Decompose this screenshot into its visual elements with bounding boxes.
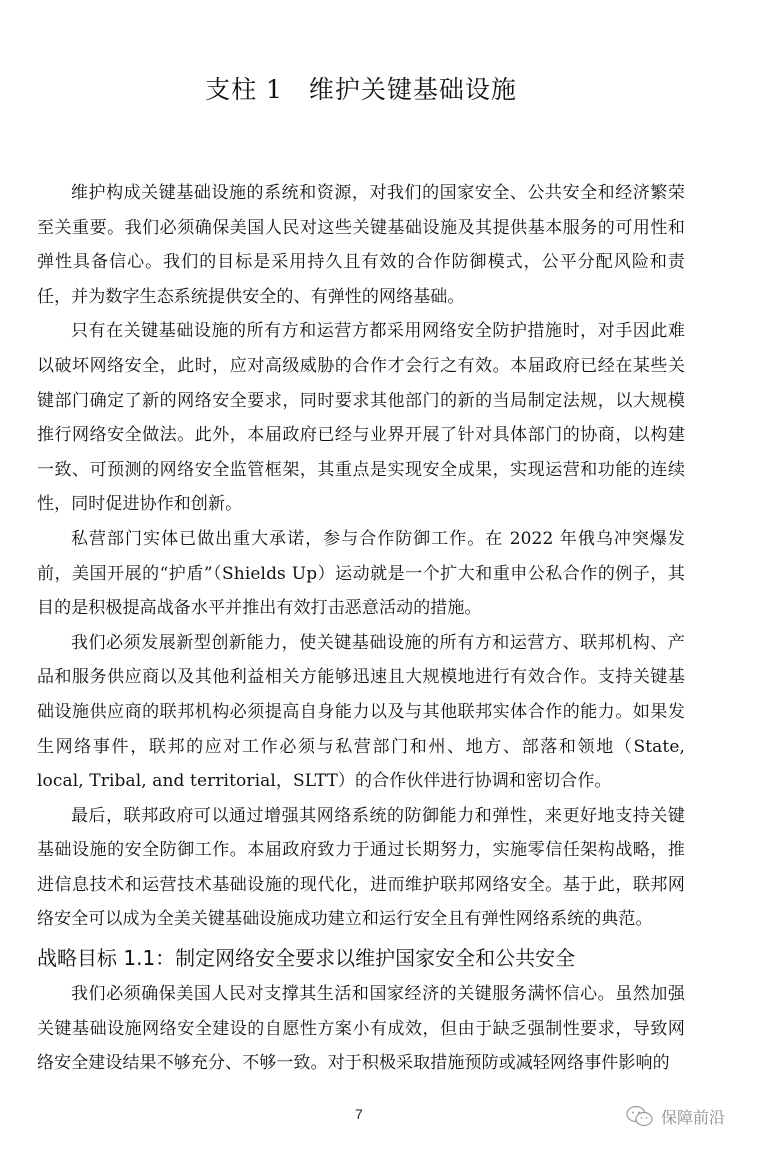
pillar-title: 维护关键基础设施 — [309, 75, 517, 104]
watermark: 保障前沿 — [625, 1104, 725, 1128]
pillar-label: 支柱 1 — [205, 75, 283, 104]
watermark-text: 保障前沿 — [661, 1105, 725, 1128]
paragraph: 我们必须确保美国人民对支撑其生活和国家经济的关键服务满怀信心。虽然加强关键基础设… — [37, 977, 685, 1081]
document-page: 支柱 1维护关键基础设施 维护构成关键基础设施的系统和资源，对我们的国家安全、公… — [0, 0, 757, 1153]
page-title: 支柱 1维护关键基础设施 — [0, 70, 722, 106]
paragraph: 私营部门实体已做出重大承诺，参与合作防御工作。在 2022 年俄乌冲突爆发前，美… — [37, 522, 685, 626]
wechat-icon — [625, 1104, 655, 1128]
paragraph: 最后，联邦政府可以通过增强其网络系统的防御能力和弹性，来更好地支持关键基础设施的… — [37, 799, 685, 937]
section-heading: 战略目标 1.1：制定网络安全要求以维护国家安全和公共安全 — [37, 937, 685, 977]
paragraph: 我们必须发展新型创新能力，使关键基础设施的所有方和运营方、联邦机构、产品和服务供… — [37, 626, 685, 799]
paragraph: 只有在关键基础设施的所有方和运营方都采用网络安全防护措施时，对手因此难以破坏网络… — [37, 314, 685, 522]
document-body: 维护构成关键基础设施的系统和资源，对我们的国家安全、公共安全和经济繁荣至关重要。… — [37, 176, 685, 1081]
page-number: 7 — [355, 1106, 363, 1122]
paragraph: 维护构成关键基础设施的系统和资源，对我们的国家安全、公共安全和经济繁荣至关重要。… — [37, 176, 685, 314]
